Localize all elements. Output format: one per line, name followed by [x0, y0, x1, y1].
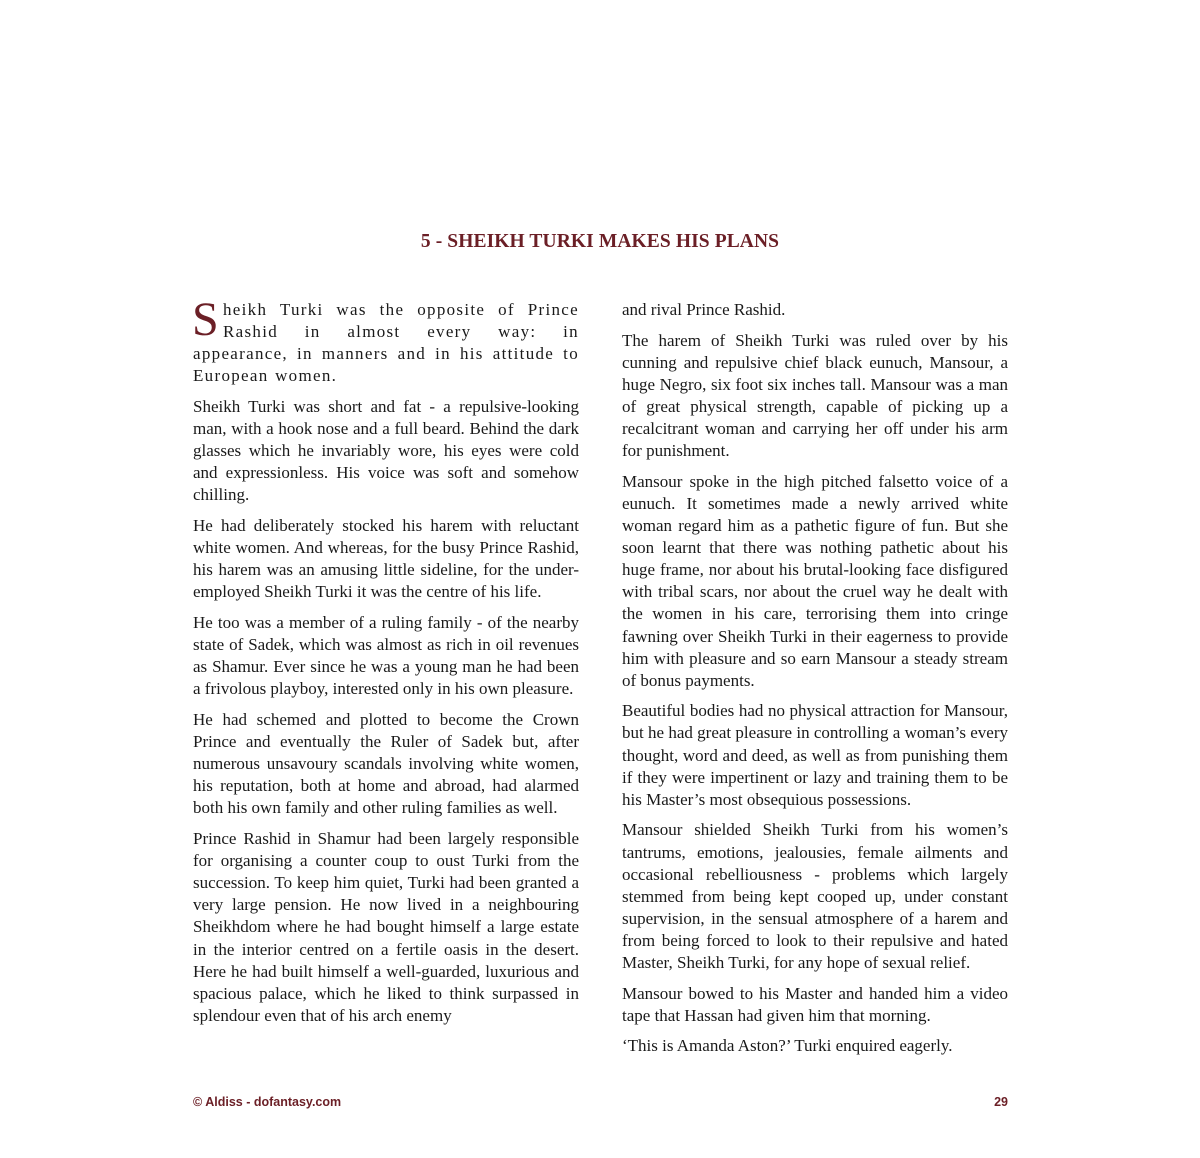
paragraph-11: Mansour bowed to his Master and handed h…: [622, 983, 1008, 1027]
paragraph-9: Beautiful bodies had no physical attract…: [622, 700, 1008, 810]
paragraph-10: Mansour shielded Sheikh Turki from his w…: [622, 819, 1008, 974]
paragraph-3: He had deliberately stocked his harem wi…: [193, 515, 579, 603]
paragraph-2: Sheikh Turki was short and fat - a repul…: [193, 396, 579, 506]
paragraph-12: ‘This is Amanda Aston?’ Turki enquired e…: [622, 1035, 1008, 1057]
paragraph-4: He too was a member of a ruling family -…: [193, 612, 579, 700]
paragraph-6-continued: and rival Prince Rashid.: [622, 299, 1008, 321]
paragraph-6: Prince Rashid in Shamur had been largely…: [193, 828, 579, 1027]
paragraph-8: Mansour spoke in the high pitched falset…: [622, 471, 1008, 692]
chapter-title: 5 - SHEIKH TURKI MAKES HIS PLANS: [0, 231, 1200, 253]
paragraph-1-text: heikh Turki was the opposite of Prince R…: [193, 300, 579, 385]
paragraph-5: He had schemed and plotted to become the…: [193, 709, 579, 819]
paragraph-1: Sheikh Turki was the opposite of Prince …: [193, 299, 579, 387]
copyright-footer: © Aldiss - dofantasy.com: [193, 1095, 341, 1109]
left-column: Sheikh Turki was the opposite of Prince …: [193, 299, 579, 1035]
paragraph-7: The harem of Sheikh Turki was ruled over…: [622, 330, 1008, 463]
right-column: and rival Prince Rashid. The harem of Sh…: [622, 299, 1008, 1066]
drop-cap: S: [192, 302, 220, 340]
page-number: 29: [992, 1095, 1008, 1109]
